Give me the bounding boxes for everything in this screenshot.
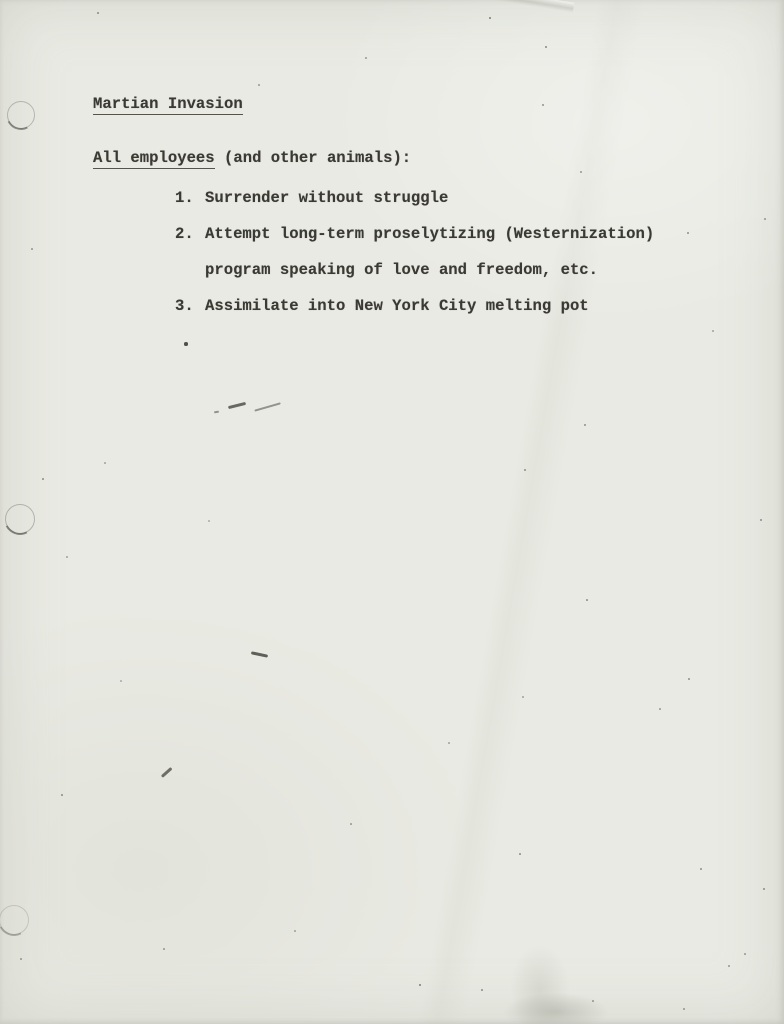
paper-speck: [712, 330, 714, 332]
paper-speck: [522, 696, 524, 698]
ring-dark-arc: [2, 96, 40, 134]
paper-speck: [659, 708, 661, 710]
list-item-1-text: Surrender without struggle: [205, 189, 448, 207]
pencil-smudge-mark: [161, 767, 172, 778]
paper-speck: [481, 989, 483, 991]
pencil-smudge-mark: [251, 651, 268, 657]
pencil-smudge-mark: [228, 402, 246, 409]
paper-speck: [208, 520, 210, 522]
paper-speck: [688, 678, 690, 680]
paper-speck: [524, 469, 526, 471]
paper-speck: [687, 232, 689, 234]
list-item-1-number: 1.: [175, 189, 205, 208]
list-item-3: 3.Assimilate into New York City melting …: [175, 297, 589, 316]
paper-speck: [66, 556, 68, 558]
paper-speck: [586, 599, 588, 601]
paper-speck: [728, 965, 730, 967]
paper-speck: [683, 1008, 685, 1010]
ring-stain-mark: [5, 504, 35, 534]
paper-speck: [104, 462, 106, 464]
memo-title-text: Martian Invasion: [93, 95, 243, 115]
paper-speck: [580, 171, 582, 173]
ring-dark-arc: [0, 900, 34, 940]
paper-speck: [163, 948, 165, 950]
ring-outline: [5, 504, 35, 534]
ring-outline: [7, 101, 35, 129]
paper-speck: [489, 17, 491, 19]
paper-speck: [184, 342, 188, 346]
paper-speck: [20, 958, 22, 960]
list-item-2-continuation-text: program speaking of love and freedom, et…: [205, 261, 598, 280]
paper-speck: [542, 104, 544, 106]
paper-speck: [61, 794, 63, 796]
list-item-1: 1.Surrender without struggle: [175, 189, 448, 208]
ring-outline: [0, 905, 29, 935]
paper-speck: [120, 680, 122, 682]
salutation-rest: (and other animals):: [215, 149, 412, 167]
list-item-2-number: 2.: [175, 225, 205, 244]
paper-speck: [519, 853, 521, 855]
scanned-memo-page: Martian Invasion All employees (and othe…: [0, 0, 784, 1024]
memo-salutation: All employees (and other animals):: [93, 149, 411, 168]
list-item-3-text: Assimilate into New York City melting po…: [205, 297, 589, 315]
paper-speck: [294, 930, 296, 932]
pencil-smudge-mark: [254, 402, 280, 411]
paper-speck: [764, 218, 766, 220]
list-item-2: 2.Attempt long-term proselytizing (Weste…: [175, 225, 654, 244]
ring-stain-mark: [0, 905, 29, 935]
memo-title: Martian Invasion: [93, 95, 243, 114]
paper-crease: [488, 0, 575, 13]
list-item-2-continuation: program speaking of love and freedom, et…: [175, 261, 598, 280]
paper-speck: [365, 57, 367, 59]
paper-speck: [350, 823, 352, 825]
ring-stain-mark: [7, 101, 35, 129]
paper-speck: [760, 519, 762, 521]
paper-speck: [448, 742, 450, 744]
paper-speck: [258, 84, 260, 86]
list-item-3-number: 3.: [175, 297, 205, 316]
paper-speck: [419, 984, 421, 986]
paper-speck: [31, 248, 33, 250]
paper-speck: [744, 953, 746, 955]
paper-speck: [97, 12, 99, 14]
list-item-2-text: Attempt long-term proselytizing (Western…: [205, 225, 654, 243]
paper-speck: [42, 478, 44, 480]
ring-dark-arc: [0, 499, 40, 539]
paper-speck: [700, 868, 702, 870]
salutation-underlined: All employees: [93, 149, 215, 169]
pencil-smudge-mark: [214, 411, 219, 414]
paper-speck: [584, 424, 586, 426]
paper-speck: [592, 1000, 594, 1002]
paper-speck: [545, 46, 547, 48]
paper-speck: [763, 888, 765, 890]
